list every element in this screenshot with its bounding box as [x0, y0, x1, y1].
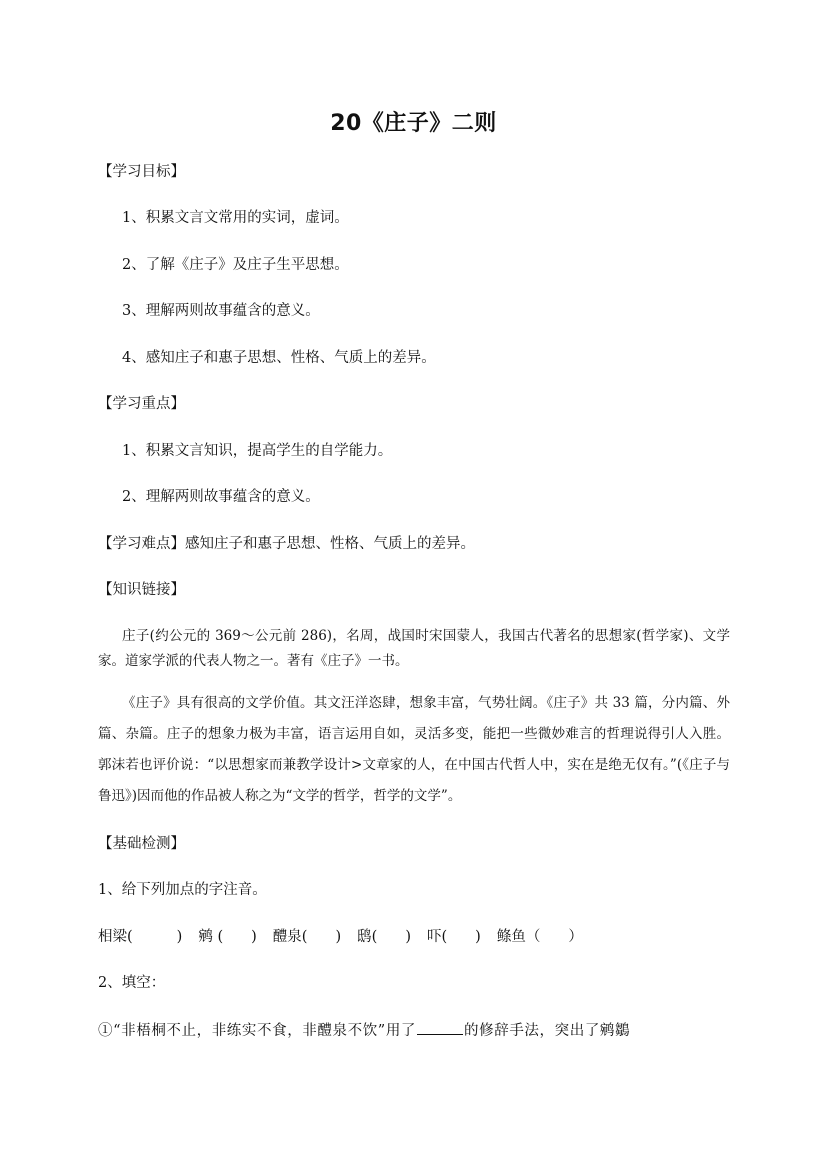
- q1-prompt: 1、给下列加点的字注音。: [98, 880, 267, 900]
- q2-item-1-before: ①“非梧桐不止，非练实不食，非醴泉不饮”用了: [98, 1023, 416, 1039]
- difficulty-line: 【学习难点】感知庄子和惠子思想、性格、气质上的差异。: [98, 534, 475, 554]
- pinyin-word-4: 鸱(): [357, 929, 411, 945]
- basic-test-heading: 【基础检测】: [98, 834, 185, 854]
- objective-item-1: 1、积累文言文常用的实词，虚词。: [122, 208, 349, 228]
- difficulty-heading: 【学习难点】: [98, 536, 185, 552]
- key-points-heading: 【学习重点】: [98, 394, 185, 414]
- q2-item-1-after: 的修辞手法，突出了鹓鶵: [464, 1023, 630, 1039]
- q2-item-1-blank[interactable]: [417, 1020, 463, 1035]
- pinyin-word-1: 相梁(): [98, 929, 182, 945]
- document-title: 20《庄子》二则: [0, 106, 827, 137]
- key-point-item-2: 2、理解两则故事蕴含的意义。: [122, 487, 320, 507]
- key-point-item-1: 1、积累文言知识，提高学生的自学能力。: [122, 441, 392, 461]
- pinyin-word-6: 鲦鱼（）: [497, 929, 583, 945]
- knowledge-link-heading: 【知识链接】: [98, 580, 185, 600]
- pinyin-row: 相梁()鹓 ()醴泉()鸱()吓()鲦鱼（）: [98, 927, 583, 947]
- knowledge-paragraph-2: 《庄子》具有很高的文学价值。其文汪洋恣肆，想象丰富，气势壮阔。《庄子》共 33 …: [98, 688, 730, 812]
- difficulty-text: 感知庄子和惠子思想、性格、气质上的差异。: [185, 536, 475, 552]
- pinyin-word-5: 吓(): [427, 929, 481, 945]
- knowledge-paragraph-1: 庄子(约公元的 369～公元前 286)，名周，战国时宋国蒙人，我国古代著名的思…: [98, 624, 730, 674]
- objective-item-2: 2、了解《庄子》及庄子生平思想。: [122, 255, 349, 275]
- objective-item-4: 4、感知庄子和惠子思想、性格、气质上的差异。: [122, 348, 436, 368]
- document-page: 20《庄子》二则 【学习目标】 1、积累文言文常用的实词，虚词。 2、了解《庄子…: [0, 0, 827, 1169]
- q2-item-1: ①“非梧桐不止，非练实不食，非醴泉不饮”用了的修辞手法，突出了鹓鶵: [98, 1020, 630, 1041]
- pinyin-word-3: 醴泉(): [273, 929, 341, 945]
- objectives-heading: 【学习目标】: [98, 162, 185, 182]
- q2-prompt: 2、填空：: [98, 973, 165, 993]
- objective-item-3: 3、理解两则故事蕴含的意义。: [122, 301, 320, 321]
- pinyin-word-2: 鹓 (): [198, 929, 256, 945]
